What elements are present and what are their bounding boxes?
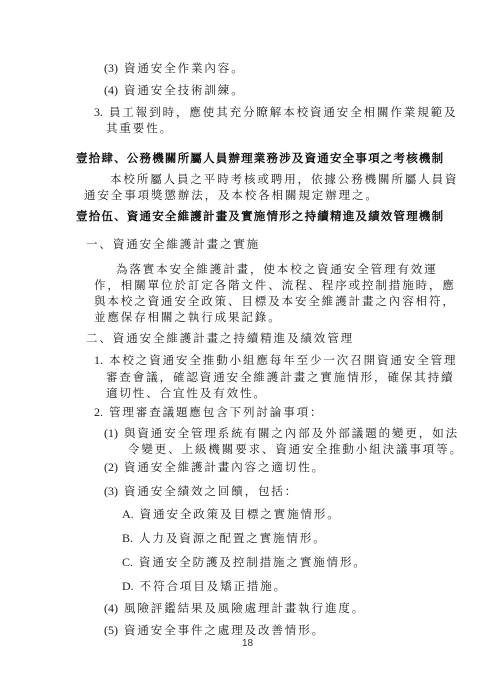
list-marker: 3. — [94, 105, 103, 119]
subsection-1-para-line4: 並應保存相關之執行成果記錄。 — [94, 310, 282, 324]
subitem-3: (3)資通安全績效之回饋，包括： — [104, 484, 298, 498]
feedback-text: 資通安全政策及目標之實施情形。 — [140, 507, 341, 521]
list-marker: (5) — [104, 623, 118, 637]
feedback-item-a: A.資通安全政策及目標之實施情形。 — [122, 507, 341, 521]
section-15-heading: 壹拾伍、資通安全維護計畫及實施情形之持續精進及績效管理機制 — [76, 209, 444, 223]
subitem-4: (4)風險評鑑結果及風險處理計畫執行進度。 — [104, 601, 365, 615]
list-item-4: (4)資通安全技術訓練。 — [104, 83, 245, 97]
item-1-line3: 適切性、合宜性及有效性。 — [106, 386, 267, 400]
subsection-1-heading: 一、資通安全維護計畫之實施 — [86, 237, 260, 251]
item-2-text: 管理審查議題應包含下列討論事項： — [109, 405, 323, 419]
feedback-item-b: B.人力及資源之配置之實施情形。 — [122, 531, 327, 545]
feedback-item-d: D.不符合項目及矯正措施。 — [122, 579, 287, 593]
list-marker: 1. — [94, 353, 103, 367]
subitem-4-text: 風險評鑑結果及風險處理計畫執行進度。 — [124, 601, 365, 615]
subitem-2: (2)資通安全維護計畫內容之適切性。 — [104, 460, 325, 474]
list-marker: (4) — [104, 601, 118, 615]
subitem-1-line1: (1)與資通安全管理系統有關之內部及外部議題的變更，如法 — [104, 426, 459, 440]
point-3-line2: 其重要性。 — [106, 121, 173, 135]
list-item-3: (3)資通安全作業內容。 — [104, 61, 245, 75]
list-marker: (3) — [104, 61, 118, 75]
feedback-text: 資通安全防護及控制措施之實施情形。 — [139, 555, 367, 569]
subitem-1-text: 與資通安全管理系統有關之內部及外部議題的變更，如法 — [124, 426, 459, 440]
list-text: 資通安全作業內容。 — [124, 61, 245, 75]
feedback-item-c: C.資通安全防護及控制措施之實施情形。 — [122, 555, 367, 569]
list-text: 資通安全技術訓練。 — [124, 83, 245, 97]
section-14-heading: 壹拾肆、公務機關所屬人員辦理業務涉及資通安全事項之考核機制 — [76, 151, 444, 165]
subitem-5-text: 資通安全事件之處理及改善情形。 — [124, 623, 325, 637]
subsection-1-para-line2: 作，相關單位於訂定各階文件、流程、程序或控制措施時，應 — [94, 278, 456, 292]
list-marker: (2) — [104, 460, 118, 474]
point-3-text: 員工報到時，應使其充分瞭解本校資通安全相關作業規範及 — [109, 105, 457, 119]
feedback-text: 人力及資源之配置之實施情形。 — [139, 531, 327, 545]
item-1-line1: 1.本校之資通安全推動小組應每年至少一次召開資通安全管理 — [94, 353, 457, 367]
page-number: 18 — [0, 638, 495, 649]
subsection-2-heading: 二、資通安全維護計畫之持續精進及績效管理 — [86, 331, 354, 345]
item-1-text: 本校之資通安全推動小組應每年至少一次召開資通安全管理 — [109, 353, 457, 367]
subitem-5: (5)資通安全事件之處理及改善情形。 — [104, 623, 325, 637]
point-3-line1: 3.員工報到時，應使其充分瞭解本校資通安全相關作業規範及 — [94, 105, 457, 119]
list-marker: (1) — [104, 426, 118, 440]
section-14-para-line2: 通安全事項獎懲辦法，及本校各相關規定辦理之。 — [84, 188, 379, 202]
list-marker: A. — [122, 507, 134, 521]
list-marker: 2. — [94, 405, 103, 419]
list-marker: B. — [122, 531, 133, 545]
list-marker: (4) — [104, 83, 118, 97]
subitem-1-line2: 令變更、上級機關要求、資通安全推動小組決議事項等。 — [128, 442, 463, 456]
subitem-2-text: 資通安全維護計畫內容之適切性。 — [124, 460, 325, 474]
feedback-text: 不符合項目及矯正措施。 — [140, 579, 287, 593]
list-marker: (3) — [104, 484, 118, 498]
subsection-1-para-line3: 與本校之資通安全政策、目標及本安全維護計畫之內容相符， — [94, 294, 456, 308]
item-1-line2: 審查會議，確認資通安全維護計畫之實施情形，確保其持續 — [106, 370, 454, 384]
list-marker: C. — [122, 555, 133, 569]
subsection-1-para-line1: 為落實本安全維護計畫，使本校之資通安全管理有效運 — [116, 262, 438, 276]
subitem-3-text: 資通安全績效之回饋，包括： — [124, 484, 298, 498]
list-marker: D. — [122, 579, 134, 593]
section-14-para-line1: 本校所屬人員之平時考核或聘用，依據公務機關所屬人員資 — [110, 172, 458, 186]
item-2: 2.管理審查議題應包含下列討論事項： — [94, 405, 323, 419]
